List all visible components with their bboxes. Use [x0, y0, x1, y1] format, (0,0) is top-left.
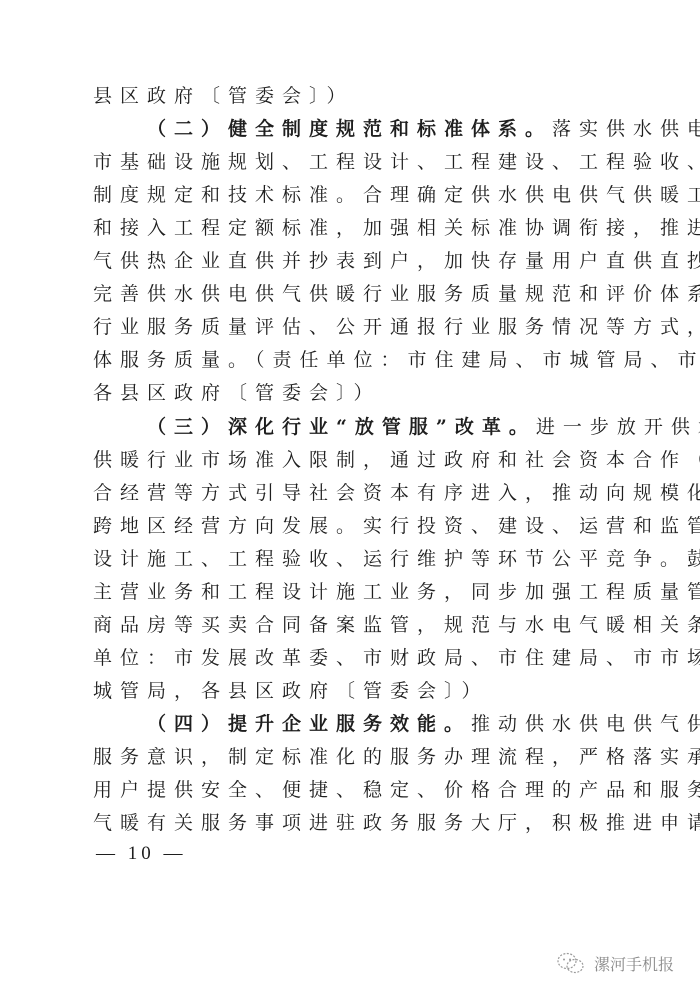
- text-line: 制度规定和技术标准。合理确定供水供电供气供暖工程验收标准: [93, 183, 613, 207]
- line-text: 主营业务和工程设计施工业务，同步加强工程质量管理。加强对: [93, 581, 700, 603]
- text-line: 商品房等买卖合同备案监管，规范与水电气暖相关条款。（责任: [93, 613, 613, 637]
- text-line: 市基础设施规划、工程设计、工程建设、工程验收、运行维护等: [93, 150, 613, 174]
- text-line: 体服务质量。（责任单位：市住建局、市城管局、市发展改革委，: [93, 348, 613, 372]
- text-line: 合经营等方式引导社会资本有序进入，推动向规模化、集约化、: [93, 481, 613, 505]
- text-line: 供暖行业市场准入限制，通过政府和社会资本合作（PPP）、混: [93, 448, 613, 472]
- wechat-official-account-icon: [556, 951, 586, 975]
- line-text: 单位：市发展改革委、市财政局、市住建局、市市场监管局、市: [93, 647, 700, 669]
- text-line: 气供热企业直供并抄表到户，加快存量用户直供直抄改造。制定: [93, 249, 613, 273]
- line-text: 跨地区经营方向发展。实行投资、建设、运营和监管分开，促进: [93, 515, 700, 537]
- line-text: 推动供水供电供气供热企业增强: [471, 713, 700, 735]
- text-line: 行业服务质量评估、公开通报行业服务情况等方式，提升行业整: [93, 315, 613, 339]
- text-line: 气暖有关服务事项进驻政务服务大厅，积极推进申请报装、维: [93, 811, 613, 835]
- text-line: 完善供水供电供气供暖行业服务质量规范和评价体系，通过采取: [93, 282, 613, 306]
- page-number: — 10 —: [96, 843, 187, 865]
- line-text: 供暖行业市场准入限制，通过政府和社会资本合作（PPP）、混: [93, 449, 700, 471]
- line-text: 合经营等方式引导社会资本有序进入，推动向规模化、集约化、: [93, 482, 700, 504]
- text-line: 城管局，各县区政府〔管委会〕）: [93, 679, 613, 703]
- text-line: 各县区政府〔管委会〕）: [93, 381, 613, 405]
- watermark: 漯河手机报: [556, 950, 674, 976]
- line-text: 服务意识，制定标准化的服务办理流程，严格落实承诺制度，向: [93, 746, 700, 768]
- line-text: 市基础设施规划、工程设计、工程建设、工程验收、运行维护等: [93, 151, 700, 173]
- section-heading-line: （四）提升企业服务效能。推动供水供电供气供热企业增强: [93, 712, 613, 736]
- line-text: 体服务质量。（责任单位：市住建局、市城管局、市发展改革委，: [93, 349, 700, 371]
- text-line: 单位：市发展改革委、市财政局、市住建局、市市场监管局、市: [93, 646, 613, 670]
- line-text: 行业服务质量评估、公开通报行业服务情况等方式，提升行业整: [93, 316, 700, 338]
- line-text: 商品房等买卖合同备案监管，规范与水电气暖相关条款。（责任: [93, 614, 700, 636]
- section-heading: （二）健全制度规范和标准体系。: [147, 118, 552, 140]
- document-page: 县区政府〔管委会〕）（二）健全制度规范和标准体系。落实供水供电供气供暖等城市基础…: [0, 0, 700, 990]
- line-text: 气暖有关服务事项进驻政务服务大厅，积极推进申请报装、维: [93, 812, 700, 834]
- text-line: 设计施工、工程验收、运行维护等环节公平竞争。鼓励企业分离: [93, 547, 613, 571]
- line-text: 和接入工程定额标准，加强相关标准协调衔接，推进供水供电供: [93, 217, 700, 239]
- section-heading: （四）提升企业服务效能。: [147, 713, 471, 735]
- text-line: 和接入工程定额标准，加强相关标准协调衔接，推进供水供电供: [93, 216, 613, 240]
- text-line: 县区政府〔管委会〕）: [93, 84, 613, 108]
- line-text: 进一步放开供水供电供气: [536, 416, 700, 438]
- text-line: 跨地区经营方向发展。实行投资、建设、运营和监管分开，促进: [93, 514, 613, 538]
- watermark-text: 漯河手机报: [594, 952, 674, 975]
- line-text: 设计施工、工程验收、运行维护等环节公平竞争。鼓励企业分离: [93, 548, 700, 570]
- text-line: 用户提供安全、便捷、稳定、价格合理的产品和服务。推动水电: [93, 778, 613, 802]
- line-text: 落实供水供电供气供暖等城: [552, 118, 700, 140]
- text-line: 服务意识，制定标准化的服务办理流程，严格落实承诺制度，向: [93, 745, 613, 769]
- section-heading: （三）深化行业“放管服”改革。: [147, 416, 536, 438]
- line-text: 用户提供安全、便捷、稳定、价格合理的产品和服务。推动水电: [93, 779, 700, 801]
- line-text: 气供热企业直供并抄表到户，加快存量用户直供直抄改造。制定: [93, 250, 700, 272]
- line-text: 制度规定和技术标准。合理确定供水供电供气供暖工程验收标准: [93, 184, 700, 206]
- line-text: 城管局，各县区政府〔管委会〕）: [93, 680, 489, 702]
- section-heading-line: （三）深化行业“放管服”改革。进一步放开供水供电供气: [93, 415, 613, 439]
- text-line: 主营业务和工程设计施工业务，同步加强工程质量管理。加强对: [93, 580, 613, 604]
- line-text: 各县区政府〔管委会〕）: [93, 382, 381, 404]
- section-heading-line: （二）健全制度规范和标准体系。落实供水供电供气供暖等城: [93, 117, 613, 141]
- line-text: 县区政府〔管委会〕）: [93, 85, 354, 107]
- line-text: 完善供水供电供气供暖行业服务质量规范和评价体系，通过采取: [93, 283, 700, 305]
